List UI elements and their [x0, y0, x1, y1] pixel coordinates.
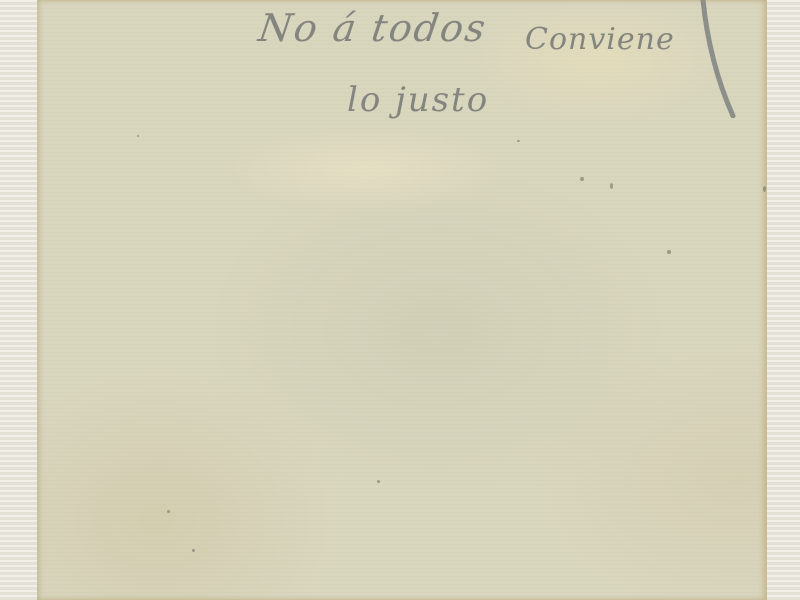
- foxing-spot: [167, 510, 170, 513]
- foxing-spot: [377, 480, 380, 483]
- foxing-spot: [763, 186, 766, 192]
- pencil-stroke-mark: [699, 0, 739, 118]
- foxing-spot: [610, 183, 613, 189]
- paper-sheet: No á todos Conviene lo justo: [37, 0, 767, 600]
- foxing-spot: [580, 177, 584, 181]
- inscription-line-1b: Conviene: [525, 22, 675, 57]
- inscription-line-2: lo justo: [347, 80, 489, 120]
- inscription-line-1a: No á todos: [256, 6, 490, 50]
- foxing-spot: [667, 250, 671, 254]
- foxing-spot: [137, 135, 139, 137]
- foxing-spot: [192, 549, 195, 552]
- foxing-spot: [517, 140, 520, 142]
